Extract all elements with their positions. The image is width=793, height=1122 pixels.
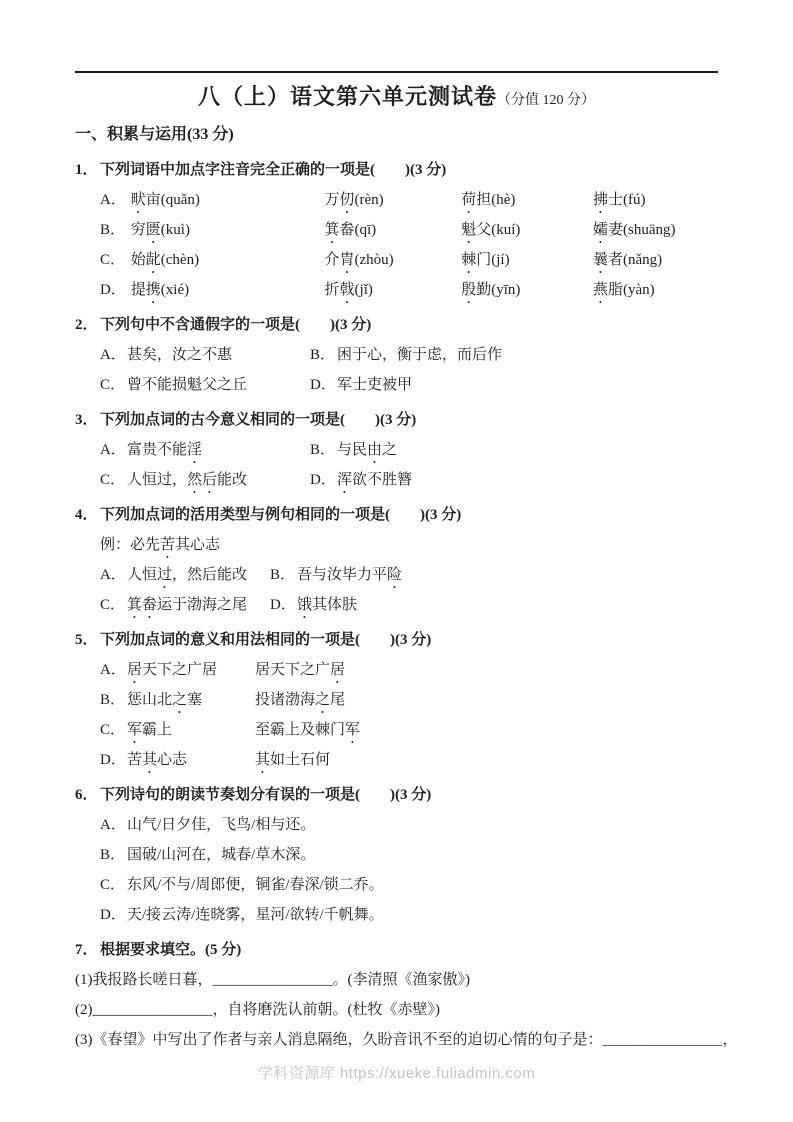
q2-number: 2． <box>75 310 100 340</box>
option-label-b: B． <box>100 840 127 870</box>
emphasized-char: 戟 <box>340 282 355 298</box>
q2-stem-text: 下列句中不含通假字的一项是( )(3 分) <box>100 317 371 333</box>
q7-blank-line-3: (3)《春望》中写出了作者与亲人消息隔绝，久盼音讯不至的迫切心情的句子是：___… <box>75 1025 718 1055</box>
q4-stem: 4．下列加点词的活用类型与例句相同的一项是( )(3 分) <box>75 500 718 530</box>
q6-number: 6． <box>75 780 100 810</box>
q6-stem-text: 下列诗句的朗读节奏划分有误的一项是( )(3 分) <box>100 787 431 803</box>
q6-option-d: D．天/接云涛/连晓雾，星河/欲转/千帆舞。 <box>75 900 718 930</box>
emphasized-char: 由 <box>367 442 382 458</box>
q6-option-c: C．东风/不与/周郎便，铜雀/春深/锁二乔。 <box>75 870 718 900</box>
emphasized-char: 龀 <box>146 252 161 268</box>
q1-row-b: B． 穷匮(kuì) 箕畚(qī) 魁父(kuí) 孀妻(shuāng) <box>75 215 718 245</box>
option-label-d: D． <box>100 745 127 775</box>
option-label-b: B． <box>100 215 127 245</box>
emphasized-char: 棘 <box>461 252 476 268</box>
emphasized-char: 之 <box>315 692 330 708</box>
q4-row-1: A．人恒过，然后能改B．吾与汝毕力平险 <box>75 560 718 590</box>
q3-option-b: 与民由之 <box>337 442 397 458</box>
pinyin-item: 荷担(hè) <box>461 185 589 217</box>
emphasized-char: 险 <box>387 567 402 583</box>
pinyin-item: 棘门(jí) <box>461 245 589 277</box>
q3-row-1: A．富贵不能淫B．与民由之 <box>75 435 718 465</box>
q2-stem: 2．下列句中不含通假字的一项是( )(3 分) <box>75 310 718 340</box>
option-label-d: D． <box>100 275 127 305</box>
emphasized-char: 然后 <box>187 472 217 488</box>
emphasized-char: 燕 <box>593 282 608 298</box>
q3-row-2: C．人恒过，然后能改D．浑欲不胜簪 <box>75 465 718 495</box>
q2-option-a: A．甚矣，汝之不惠 <box>100 340 310 370</box>
q2-option-c: C．曾不能损魁父之丘 <box>100 370 310 400</box>
q4-example: 例：必先苦其心志 <box>75 530 718 560</box>
option-label-b: B． <box>310 435 337 465</box>
emphasized-char: 孀 <box>593 222 608 238</box>
paper-score-note: （分值 120 分） <box>497 93 595 108</box>
option-label-a: A． <box>100 435 127 465</box>
emphasized-char: 过 <box>157 567 172 583</box>
emphasized-char: 荷 <box>461 192 476 208</box>
emphasized-char: 浑 <box>337 472 352 488</box>
emphasized-char: 居 <box>127 662 142 678</box>
q5-row-c: C．军霸上至霸上及棘门军 <box>75 715 718 745</box>
pinyin-item: 畎亩(quǎn) <box>131 185 321 217</box>
section-1-heading: 一、积累与运用(33 分) <box>75 120 718 150</box>
q5-stem: 5．下列加点词的意义和用法相同的一项是( )(3 分) <box>75 625 718 655</box>
header-divider <box>75 0 718 73</box>
option-label-d: D． <box>310 370 337 400</box>
pinyin-item: 提携(xié) <box>131 275 321 307</box>
q4-option-a: A．人恒过，然后能改 <box>100 560 270 592</box>
q7-blank-line-2: (2)________________，自将磨洗认前朝。(杜牧《赤壁》) <box>75 995 718 1025</box>
q3-option-a: A．富贵不能淫 <box>100 435 310 467</box>
q5-option-a-phrase-2: 居天下之广居 <box>255 662 345 678</box>
q4-number: 4． <box>75 500 100 530</box>
q3-stem: 3．下列加点词的古今意义相同的一项是( )(3 分) <box>75 405 718 435</box>
q3-stem-text: 下列加点词的古今意义相同的一项是( )(3 分) <box>100 412 416 428</box>
emphasized-char: 其 <box>142 752 157 768</box>
option-label-a: A． <box>100 810 127 840</box>
q5-option-c-phrase-2: 至霸上及棘门军 <box>255 722 360 738</box>
q5-row-d: D．苦其心志其如土石何 <box>75 745 718 775</box>
emphasized-char: 饿 <box>297 597 312 613</box>
emphasized-char: 仞 <box>340 192 355 208</box>
q5-stem-text: 下列加点词的意义和用法相同的一项是( )(3 分) <box>100 632 431 648</box>
q2-option-d: 军士吏被甲 <box>337 377 412 393</box>
option-label-c: C． <box>100 245 127 275</box>
q2-row-2: C．曾不能损魁父之丘D．军士吏被甲 <box>75 370 718 400</box>
q4-stem-text: 下列加点词的活用类型与例句相同的一项是( )(3 分) <box>100 507 461 523</box>
emphasized-char: 淫 <box>187 442 202 458</box>
q7-stem-text: 根据要求填空。(5 分) <box>100 942 241 958</box>
q1-row-d: D． 提携(xié) 折戟(jǐ) 殷勤(yīn) 燕脂(yàn) <box>75 275 718 305</box>
q6-stem: 6．下列诗句的朗读节奏划分有误的一项是( )(3 分) <box>75 780 718 810</box>
emphasized-char: 胄 <box>340 252 355 268</box>
paper-title-line: 八（上）语文第六单元测试卷（分值 120 分） <box>75 80 718 114</box>
emphasized-char: 军 <box>345 722 360 738</box>
option-label-d: D． <box>100 900 127 930</box>
option-label-b: B． <box>310 340 337 370</box>
pinyin-item: 箕畚(qī) <box>325 215 458 247</box>
emphasized-char: 箕 <box>325 222 340 238</box>
q5-option-a-phrase-1: A．居天下之广居 <box>100 655 255 687</box>
q7-blank-line-1: (1)我报路长嗟日暮，________________。(李清照《渔家傲》) <box>75 965 718 995</box>
q7-number: 7． <box>75 935 100 965</box>
q5-row-a: A．居天下之广居居天下之广居 <box>75 655 718 685</box>
option-label-a: A． <box>100 560 127 590</box>
emphasized-char: 魁 <box>461 222 476 238</box>
emphasized-char: 殷 <box>461 282 476 298</box>
q5-option-c-phrase-1: C．军霸上 <box>100 715 255 747</box>
q5-option-d-phrase-1: D．苦其心志 <box>100 745 255 777</box>
pinyin-item: 穷匮(kuì) <box>131 215 321 247</box>
q1-row-c: C． 始龀(chèn) 介胄(zhòu) 棘门(jí) 曩者(nǎng) <box>75 245 718 275</box>
q1-row-a: A． 畎亩(quǎn) 万仞(rèn) 荷担(hè) 拂士(fú) <box>75 185 718 215</box>
q1-stem: 1．下列词语中加点字注音完全正确的一项是( )(3 分) <box>75 155 718 185</box>
q2-option-b: 困于心，衡于虑，而后作 <box>337 347 502 363</box>
q7-stem: 7．根据要求填空。(5 分) <box>75 935 718 965</box>
option-label-a: A． <box>100 340 127 370</box>
option-label-c: C． <box>100 370 127 400</box>
q4-option-c: C．箕畚运于渤海之尾 <box>100 590 270 622</box>
emphasized-char: 匮 <box>146 222 161 238</box>
option-label-c: C． <box>100 715 127 745</box>
option-label-c: C． <box>100 590 127 620</box>
emphasized-char: 其 <box>255 752 270 768</box>
pinyin-item: 拂士(fú) <box>593 185 646 217</box>
q4-option-b: 吾与汝毕力平险 <box>297 567 402 583</box>
paper-title: 八（上）语文第六单元测试卷 <box>198 84 497 109</box>
option-label-d: D． <box>310 465 337 495</box>
q5-number: 5． <box>75 625 100 655</box>
option-label-a: A． <box>100 185 127 215</box>
q4-option-d: 饿其体肤 <box>297 597 357 613</box>
option-label-b: B． <box>100 685 127 715</box>
pinyin-item: 介胄(zhòu) <box>325 245 458 277</box>
option-label-d: D． <box>270 590 297 620</box>
pinyin-item: 万仞(rèn) <box>325 185 458 217</box>
option-label-c: C． <box>100 465 127 495</box>
emphasized-char: 携 <box>146 282 161 298</box>
pinyin-item: 折戟(jǐ) <box>325 275 458 307</box>
pinyin-item: 始龀(chèn) <box>131 245 321 277</box>
q5-option-b-phrase-2: 投诸渤海之尾 <box>255 692 345 708</box>
q4-example-label: 例： <box>100 537 130 553</box>
q3-option-c: C．人恒过，然后能改 <box>100 465 310 497</box>
q3-option-d: 浑欲不胜簪 <box>337 472 412 488</box>
q2-row-1: A．甚矣，汝之不惠B．困于心，衡于虑，而后作 <box>75 340 718 370</box>
pinyin-item: 燕脂(yàn) <box>593 275 655 307</box>
q6-option-a: A．山气/日夕佳，飞鸟/相与还。 <box>75 810 718 840</box>
q5-option-b-phrase-1: B．惩山北之塞 <box>100 685 255 717</box>
option-label-c: C． <box>100 870 127 900</box>
q5-option-d-phrase-2: 其如土石何 <box>255 752 330 768</box>
pinyin-item: 曩者(nǎng) <box>593 245 662 277</box>
q4-row-2: C．箕畚运于渤海之尾D．饿其体肤 <box>75 590 718 620</box>
emphasized-char: 苦 <box>160 537 175 553</box>
emphasized-char: 曩 <box>593 252 608 268</box>
emphasized-char: 居 <box>330 662 345 678</box>
q5-row-b: B．惩山北之塞投诸渤海之尾 <box>75 685 718 715</box>
q6-option-b: B．国破/山河在，城春/草木深。 <box>75 840 718 870</box>
q1-number: 1． <box>75 155 100 185</box>
emphasized-char: 箕畚 <box>127 597 157 613</box>
emphasized-char: 拂 <box>593 192 608 208</box>
pinyin-item: 孀妻(shuāng) <box>593 215 676 247</box>
emphasized-char: 军 <box>127 722 142 738</box>
emphasized-char: 畎 <box>131 192 146 208</box>
option-label-a: A． <box>100 655 127 685</box>
test-paper-page: 八（上）语文第六单元测试卷（分值 120 分） 一、积累与运用(33 分) 1．… <box>0 0 793 1122</box>
q3-number: 3． <box>75 405 100 435</box>
pinyin-item: 殷勤(yīn) <box>461 275 589 307</box>
watermark-footer: 学科资源库 https://xueke.fuliadmin.com <box>0 1062 793 1083</box>
q1-stem-text: 下列词语中加点字注音完全正确的一项是( )(3 分) <box>100 162 446 178</box>
option-label-b: B． <box>270 560 297 590</box>
pinyin-item: 魁父(kuí) <box>461 215 589 247</box>
emphasized-char: 之 <box>172 692 187 708</box>
